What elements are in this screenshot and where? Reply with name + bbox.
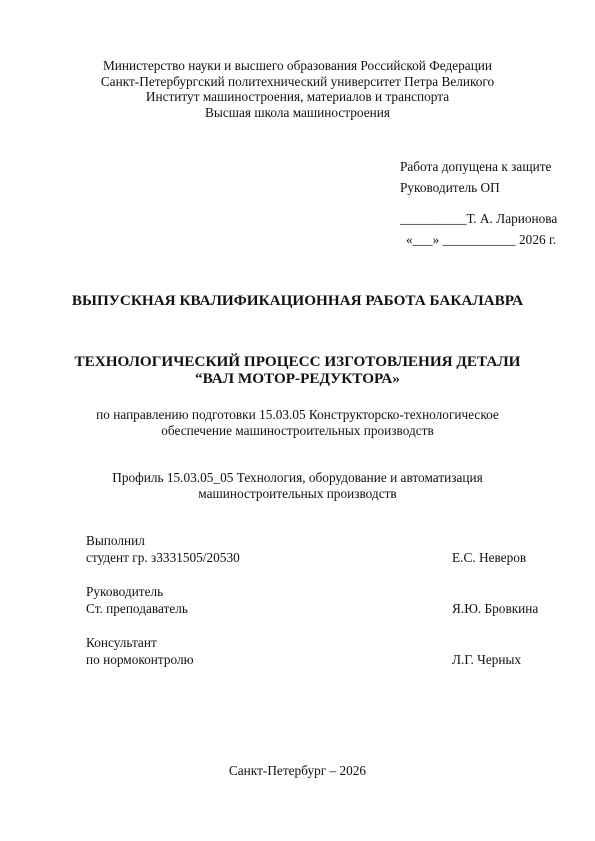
signature-consultant: Консультант по нормоконтролю Л.Г. Черных	[86, 635, 556, 668]
approval-block: Работа допущена к защите Руководитель ОП…	[400, 159, 580, 253]
city-year: Санкт-Петербург – 2026	[0, 763, 595, 778]
approval-date-line: «___» ___________ 2026 г.	[406, 232, 580, 253]
study-profile-line-2: машиностроительных производств	[0, 486, 595, 502]
signature-position: Ст. преподаватель	[86, 601, 188, 618]
university-name: Санкт-Петербургский политехнический унив…	[0, 74, 595, 90]
signature-name: Я.Ю. Бровкина	[452, 601, 556, 618]
study-direction-line-2: обеспечение машиностроительных производс…	[0, 423, 595, 439]
document-title-line-1: ТЕХНОЛОГИЧЕСКИЙ ПРОЦЕСС ИЗГОТОВЛЕНИЯ ДЕТ…	[0, 353, 595, 370]
approval-admitted: Работа допущена к защите	[400, 159, 580, 180]
signature-position: по нормоконтролю	[86, 652, 194, 669]
signature-supervisor: Руководитель Ст. преподаватель Я.Ю. Бров…	[86, 584, 556, 617]
school-name: Высшая школа машиностроения	[0, 105, 595, 121]
signature-role: Руководитель	[86, 584, 163, 601]
approval-role: Руководитель ОП	[400, 180, 580, 201]
institution-header: Министерство науки и высшего образования…	[0, 58, 595, 120]
study-direction: по направлению подготовки 15.03.05 Конст…	[0, 407, 595, 439]
study-profile-line-1: Профиль 15.03.05_05 Технология, оборудов…	[0, 470, 595, 486]
title-page: Министерство науки и высшего образования…	[0, 0, 595, 841]
signatures-block: Выполнил студент гр. з3331505/20530 Е.С.…	[86, 533, 556, 686]
study-direction-line-1: по направлению подготовки 15.03.05 Конст…	[0, 407, 595, 423]
signature-author: Выполнил студент гр. з3331505/20530 Е.С.…	[86, 533, 556, 566]
signature-role: Консультант	[86, 635, 157, 652]
signature-name: Е.С. Неверов	[452, 550, 556, 567]
document-title-line-2: “ВАЛ МОТОР-РЕДУКТОРА»	[0, 370, 595, 387]
approval-signature-line: __________Т. А. Ларионова	[400, 211, 580, 232]
signature-name: Л.Г. Черных	[452, 652, 556, 669]
study-profile: Профиль 15.03.05_05 Технология, оборудов…	[0, 470, 595, 502]
signature-position: студент гр. з3331505/20530	[86, 550, 240, 567]
signature-role: Выполнил	[86, 533, 145, 550]
document-title: ТЕХНОЛОГИЧЕСКИЙ ПРОЦЕСС ИЗГОТОВЛЕНИЯ ДЕТ…	[0, 353, 595, 387]
document-type: ВЫПУСКНАЯ КВАЛИФИКАЦИОННАЯ РАБОТА БАКАЛА…	[0, 292, 595, 310]
institute-name: Институт машиностроения, материалов и тр…	[0, 89, 595, 105]
ministry-name: Министерство науки и высшего образования…	[0, 58, 595, 74]
